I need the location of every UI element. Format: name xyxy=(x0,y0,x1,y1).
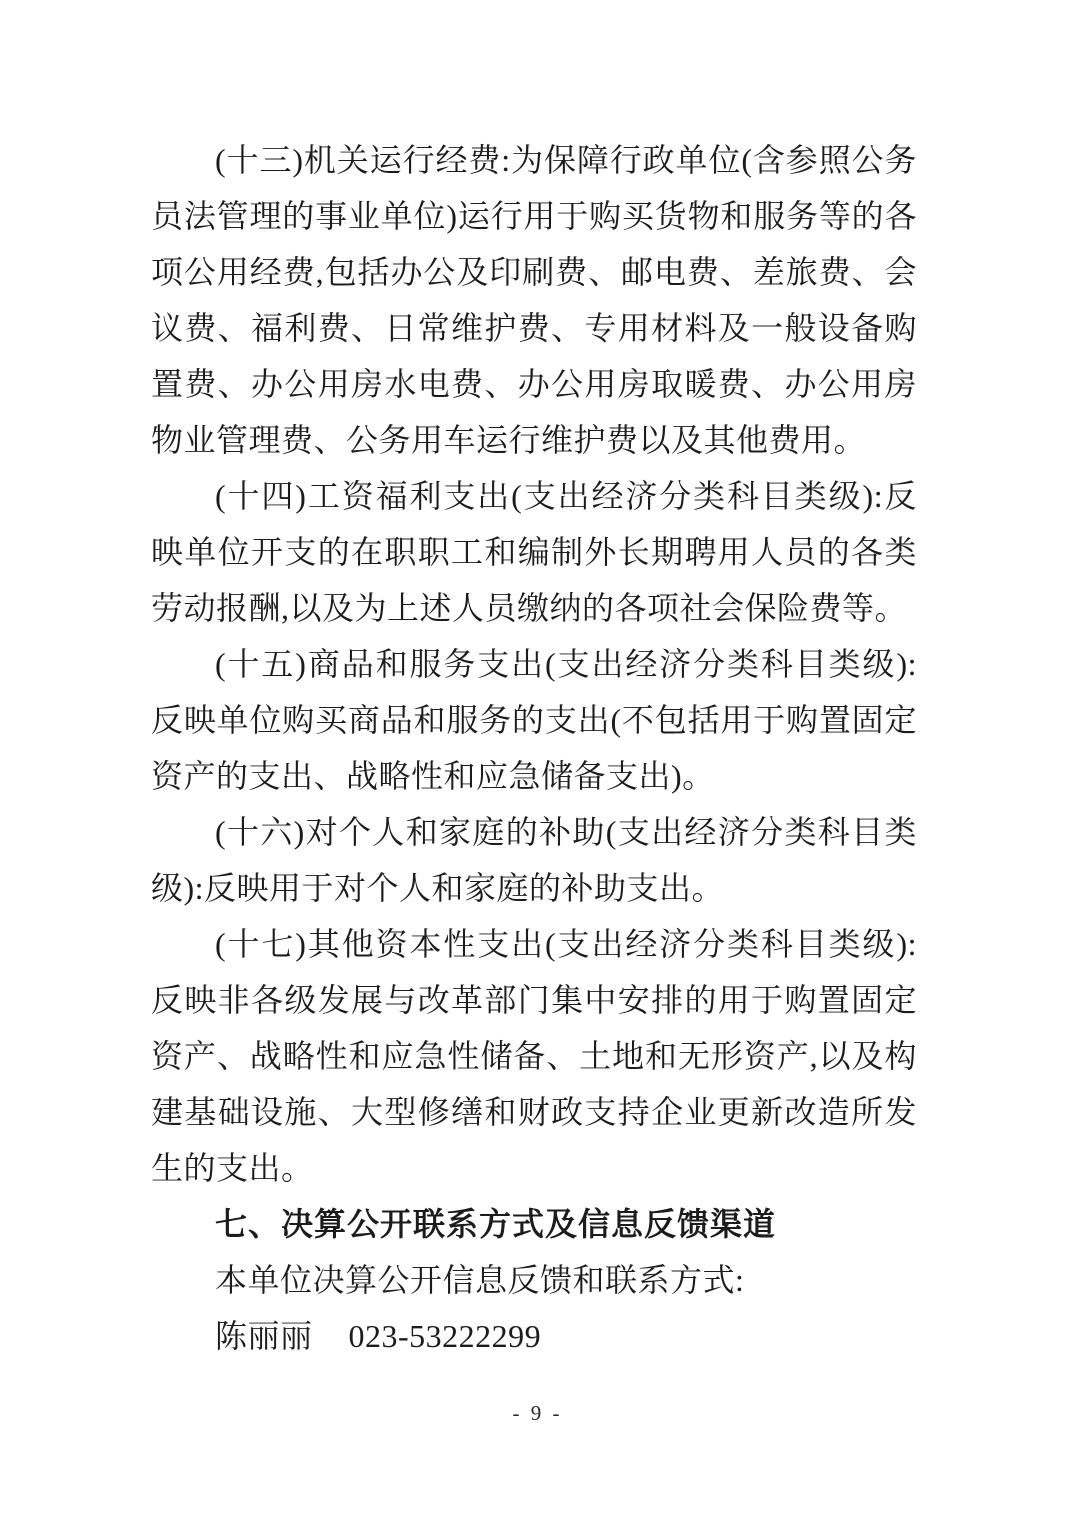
page-number: - 9 - xyxy=(0,1398,1075,1428)
contact-phone: 023-53222299 xyxy=(349,1318,542,1354)
paragraph-item-16: (十六)对个人和家庭的补助(支出经济分类科目类级):反映用于对个人和家庭的补助支… xyxy=(151,804,917,916)
document-page: (十三)机关运行经费:为保障行政单位(含参照公务员法管理的事业单位)运行用于购买… xyxy=(0,0,1075,1520)
paragraph-item-17: (十七)其他资本性支出(支出经济分类科目类级):反映非各级发展与改革部门集中安排… xyxy=(151,916,917,1196)
contact-intro: 本单位决算公开信息反馈和联系方式: xyxy=(151,1252,917,1308)
section-heading-7: 七、决算公开联系方式及信息反馈渠道 xyxy=(151,1196,917,1252)
paragraph-item-14: (十四)工资福利支出(支出经济分类科目类级):反映单位开支的在职职工和编制外长期… xyxy=(151,468,917,636)
paragraph-item-13: (十三)机关运行经费:为保障行政单位(含参照公务员法管理的事业单位)运行用于购买… xyxy=(151,132,917,468)
document-body: (十三)机关运行经费:为保障行政单位(含参照公务员法管理的事业单位)运行用于购买… xyxy=(151,132,917,1364)
contact-line: 陈丽丽023-53222299 xyxy=(151,1308,917,1364)
contact-name: 陈丽丽 xyxy=(215,1318,313,1354)
paragraph-item-15: (十五)商品和服务支出(支出经济分类科目类级):反映单位购买商品和服务的支出(不… xyxy=(151,636,917,804)
